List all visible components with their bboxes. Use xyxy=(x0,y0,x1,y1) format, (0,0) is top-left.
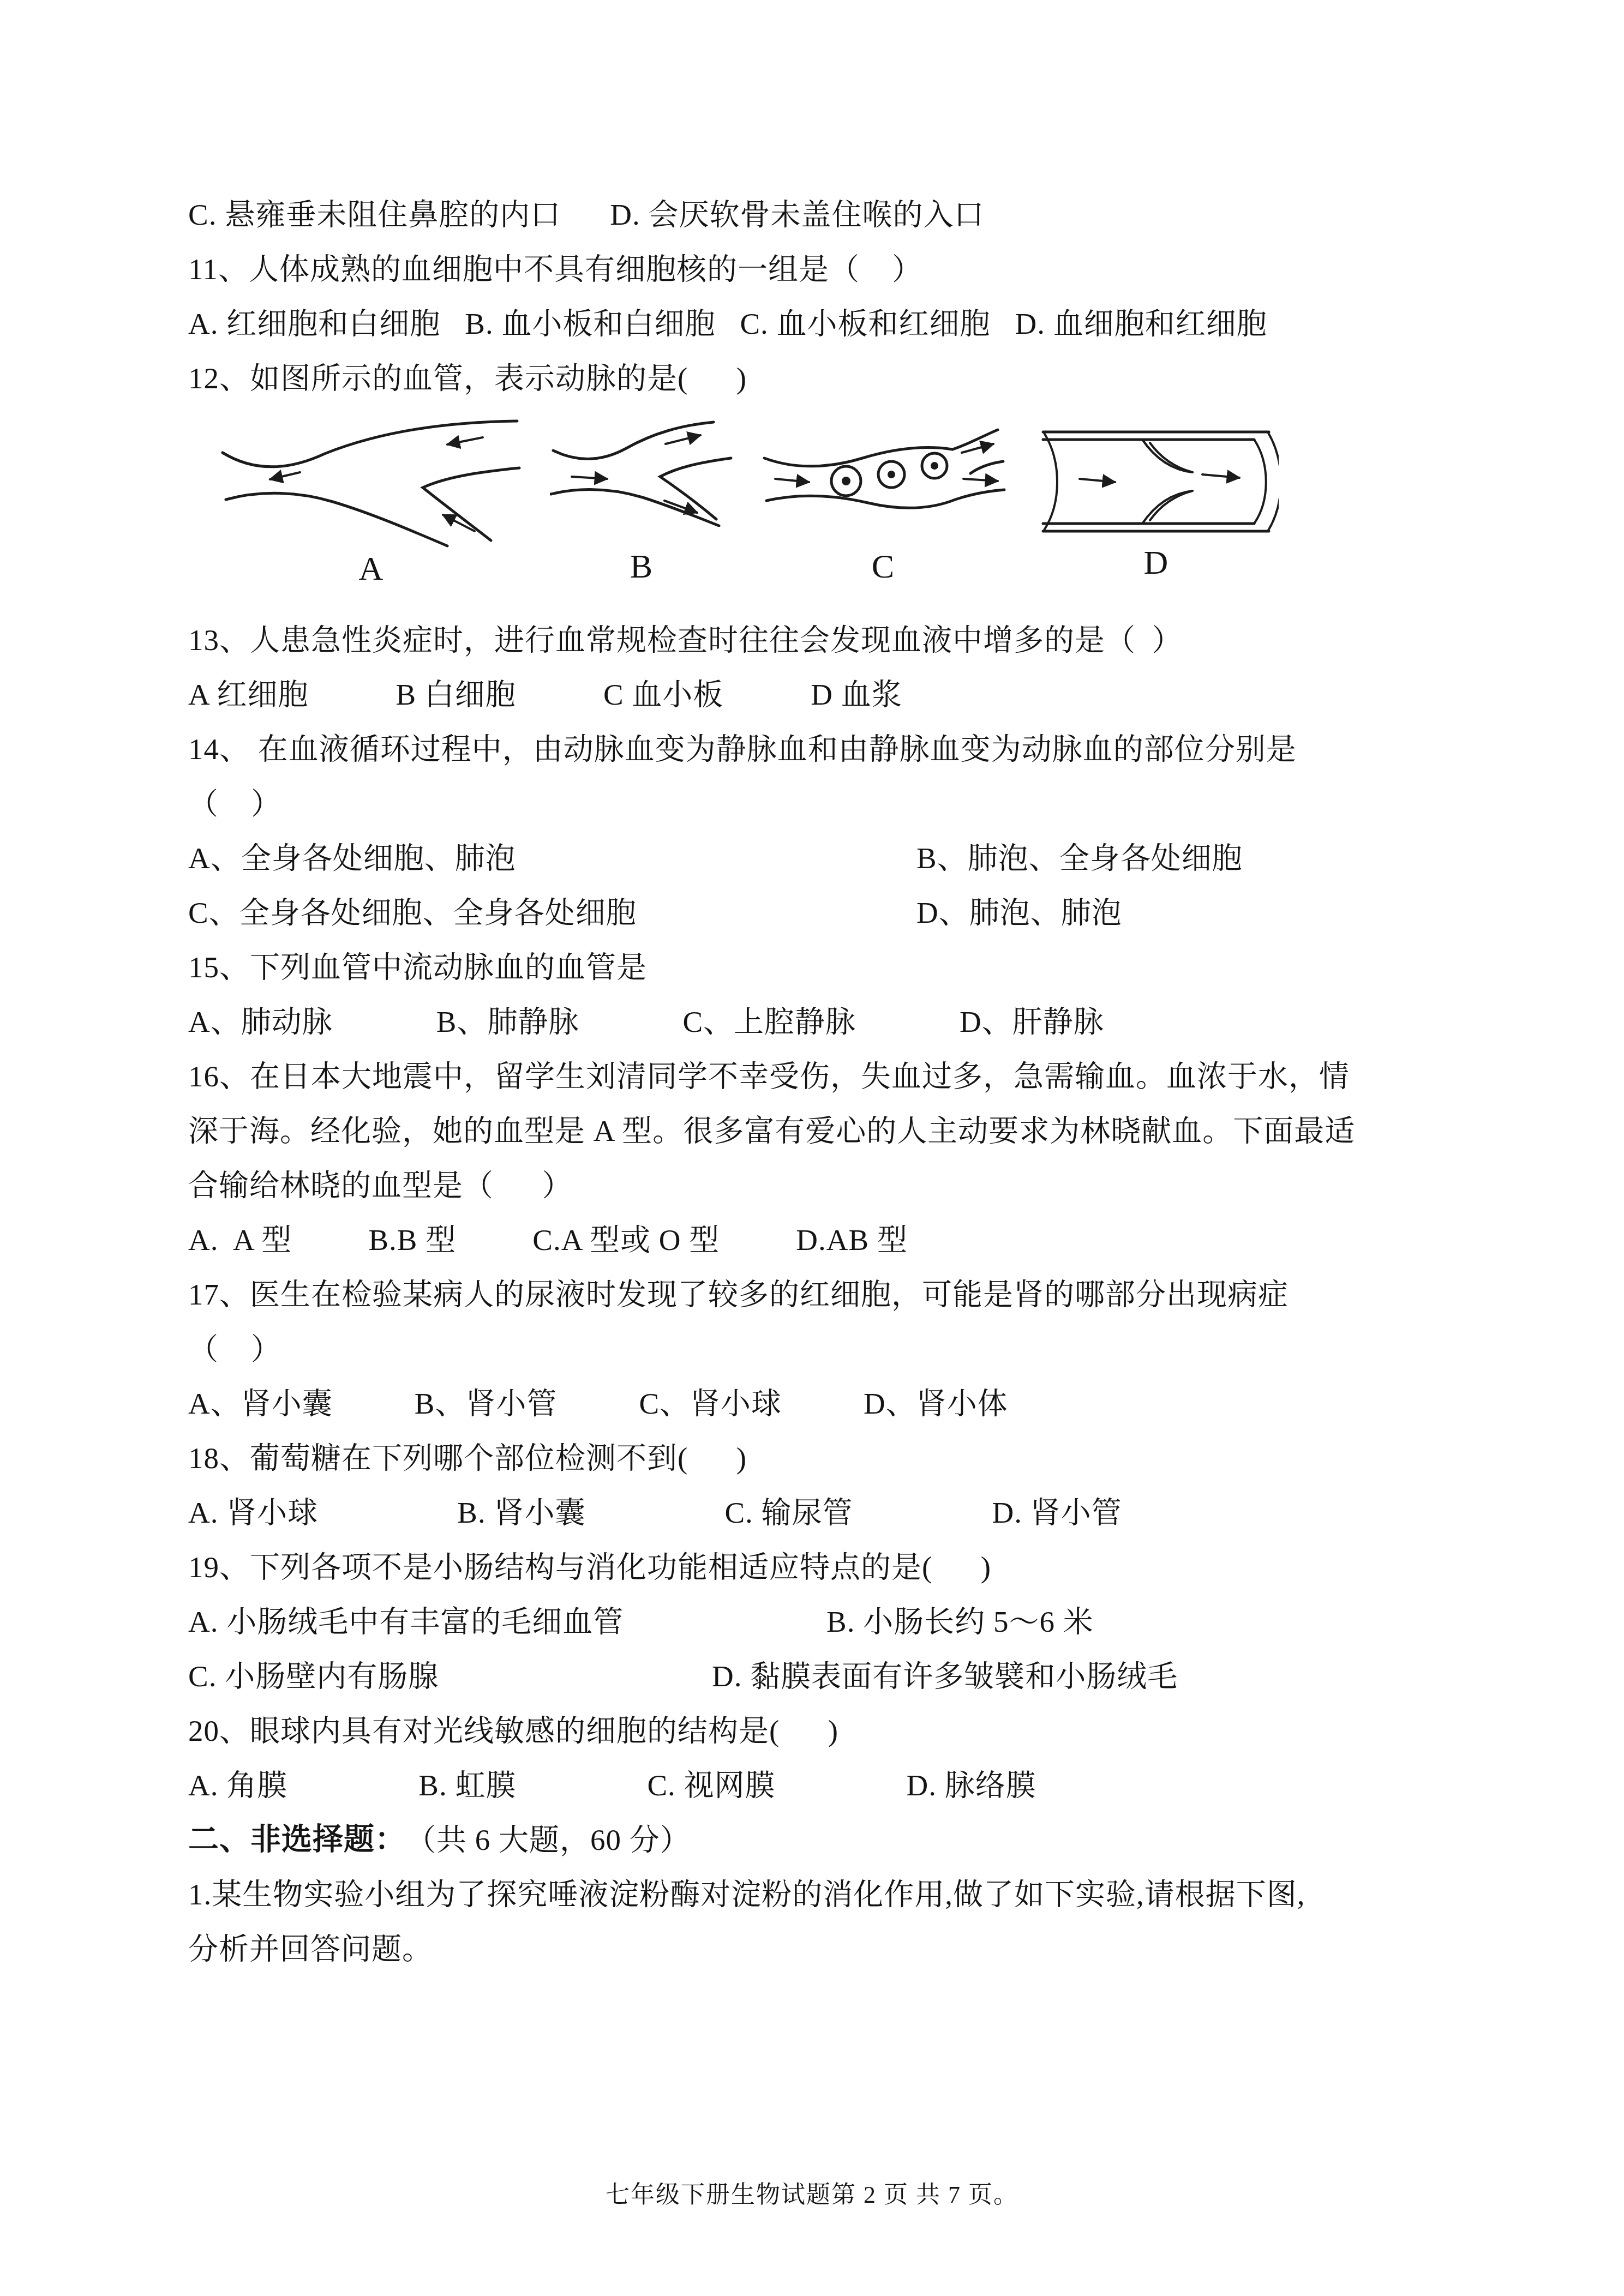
q14-option-c: C、全身各处细胞、全身各处细胞 xyxy=(188,888,916,931)
q15-stem: 15、下列血管中流动脉血的血管是 xyxy=(188,937,1454,991)
q16-option-b: B.B 型 xyxy=(368,1216,456,1259)
q11-option-b: B. 血小板和白细胞 xyxy=(465,299,715,342)
q20-option-b: B. 虹膜 xyxy=(418,1761,516,1804)
q16-option-a: A. A 型 xyxy=(188,1216,292,1259)
q14-option-b: B、肺泡、全身各处细胞 xyxy=(916,834,1243,877)
q16-option-d: D.AB 型 xyxy=(796,1216,908,1259)
q18-option-d: D. 肾小管 xyxy=(992,1488,1122,1531)
q14-option-d: D、肺泡、肺泡 xyxy=(916,888,1122,931)
q20-option-a: A. 角膜 xyxy=(188,1761,287,1804)
vessel-diagram-d: D xyxy=(1033,418,1279,582)
q19-options-row1: A. 小肠绒毛中有丰富的毛细血管 B. 小肠长约 5～6 米 xyxy=(188,1591,1454,1646)
q16-options-row: A. A 型 B.B 型 C.A 型或 O 型 D.AB 型 xyxy=(188,1210,1454,1264)
q15-option-c: C、上腔静脉 xyxy=(682,997,856,1041)
q19-options-row2: C. 小肠壁内有肠腺 D. 黏膜表面有许多皱襞和小肠绒毛 xyxy=(188,1646,1454,1700)
q13-option-d: D 血浆 xyxy=(811,670,902,713)
q13-option-c: C 血小板 xyxy=(603,670,723,713)
vein-with-valve-icon xyxy=(1033,418,1279,551)
q11-option-a: A. 红细胞和白细胞 xyxy=(188,299,440,342)
q18-stem: 18、葡萄糖在下列哪个部位检测不到( ) xyxy=(188,1428,1454,1482)
artery-branching-icon xyxy=(550,418,733,527)
q17-option-d: D、肾小体 xyxy=(864,1379,1008,1422)
q20-stem: 20、眼球内具有对光线敏感的细胞的结构是( ) xyxy=(188,1700,1454,1755)
q15-option-a: A、肺动脉 xyxy=(188,997,333,1041)
q16-option-c: C.A 型或 O 型 xyxy=(532,1216,720,1259)
q16-stem-line2: 深于海。经化验，她的血型是 A 型。很多富有爱心的人主动要求为林晓献血。下面最适 xyxy=(188,1101,1454,1155)
figure-label-a: A xyxy=(359,550,383,588)
q18-option-a: A. 肾小球 xyxy=(188,1488,318,1531)
q17-option-b: B、肾小管 xyxy=(415,1379,558,1422)
q14-stem-line1: 14、 在血液循环过程中，由动脉血变为静脉血和由静脉血变为动脉血的部位分别是 xyxy=(188,719,1454,773)
page-footer: 七年级下册生物试题第 2 页 共 7 页。 xyxy=(0,2175,1624,2210)
section2-heading-title: 二、非选择题： xyxy=(188,1815,406,1859)
q17-stem-line2: （ ） xyxy=(188,1319,1454,1373)
nq1-line2: 分析并回答问题。 xyxy=(188,1919,1454,1973)
q19-option-b: B. 小肠长约 5～6 米 xyxy=(826,1597,1094,1640)
q20-options-row: A. 角膜 B. 虹膜 C. 视网膜 D. 脉络膜 xyxy=(188,1755,1454,1810)
nq1-line1: 1.某生物实验小组为了探究唾液淀粉酶对淀粉的消化作用,做了如下实验,请根据下图, xyxy=(188,1864,1454,1919)
q20-option-c: C. 视网膜 xyxy=(647,1761,775,1804)
q13-option-a: A 红细胞 xyxy=(188,670,308,713)
q14-option-a: A、全身各处细胞、肺泡 xyxy=(188,834,916,877)
figure-label-c: C xyxy=(872,548,894,586)
q15-options-row: A、肺动脉 B、肺静脉 C、上腔静脉 D、肝静脉 xyxy=(188,991,1454,1046)
q14-options-row2: C、全身各处细胞、全身各处细胞 D、肺泡、肺泡 xyxy=(188,882,1454,937)
section2-heading: 二、非选择题：（共 6 大题，60 分） xyxy=(188,1810,1454,1864)
q20-option-d: D. 脉络膜 xyxy=(907,1761,1036,1804)
q10-option-d: D. 会厌软骨未盖住喉的入口 xyxy=(610,190,984,233)
exam-paper-page: C. 悬雍垂未阻住鼻腔的内口 D. 会厌软骨未盖住喉的入口 11、人体成熟的血细… xyxy=(0,0,1624,2296)
q19-option-c: C. 小肠壁内有肠腺 xyxy=(188,1652,712,1695)
q18-option-b: B. 肾小囊 xyxy=(457,1488,585,1531)
q11-options-row: A. 红细胞和白细胞 B. 血小板和白细胞 C. 血小板和红细胞 D. 血细胞和… xyxy=(188,293,1454,348)
q17-options-row: A、肾小囊 B、肾小管 C、肾小球 D、肾小体 xyxy=(188,1373,1454,1428)
vessel-diagram-c: C xyxy=(759,418,1007,586)
q11-stem: 11、人体成熟的血细胞中不具有细胞核的一组是（ ） xyxy=(188,239,1454,293)
q16-stem-line3: 合输给林晓的血型是（ ） xyxy=(188,1155,1454,1210)
q10-tail-options-row: C. 悬雍垂未阻住鼻腔的内口 D. 会厌软骨未盖住喉的入口 xyxy=(188,184,1454,239)
q12-figure: A B xyxy=(188,402,1454,610)
q17-option-a: A、肾小囊 xyxy=(188,1379,333,1422)
q19-stem: 19、下列各项不是小肠结构与消化功能相适应特点的是( ) xyxy=(188,1537,1454,1591)
q11-option-c: C. 血小板和红细胞 xyxy=(740,299,990,342)
q19-option-d: D. 黏膜表面有许多皱襞和小肠绒毛 xyxy=(712,1652,1178,1695)
figure-label-b: B xyxy=(630,548,652,586)
q16-stem-line1: 16、在日本大地震中，留学生刘清同学不幸受伤，失血过多，急需输血。血浓于水，情 xyxy=(188,1046,1454,1101)
capillary-cells-icon xyxy=(759,418,1007,537)
q12-stem: 12、如图所示的血管，表示动脉的是( ) xyxy=(188,348,1454,402)
q17-option-c: C、肾小球 xyxy=(639,1379,782,1422)
q19-option-a: A. 小肠绒毛中有丰富的毛细血管 xyxy=(188,1597,826,1640)
vessel-diagram-b: B xyxy=(550,418,733,586)
q18-option-c: C. 输尿管 xyxy=(724,1488,853,1531)
q13-option-b: B 白细胞 xyxy=(395,670,516,713)
q18-options-row: A. 肾小球 B. 肾小囊 C. 输尿管 D. 肾小管 xyxy=(188,1482,1454,1537)
q14-options-row1: A、全身各处细胞、肺泡 B、肺泡、全身各处细胞 xyxy=(188,828,1454,882)
vein-converging-icon xyxy=(218,418,524,549)
section2-heading-note: （共 6 大题，60 分） xyxy=(406,1816,691,1859)
q15-option-d: D、肝静脉 xyxy=(960,997,1104,1041)
figure-label-d: D xyxy=(1144,544,1168,582)
vessel-diagram-a: A xyxy=(218,418,524,588)
q14-stem-line2: （ ） xyxy=(188,773,1454,828)
q13-options-row: A 红细胞 B 白细胞 C 血小板 D 血浆 xyxy=(188,664,1454,719)
q15-option-b: B、肺静脉 xyxy=(436,997,579,1041)
q13-stem: 13、人患急性炎症时，进行血常规检查时往往会发现血液中增多的是（ ） xyxy=(188,610,1454,664)
q11-option-d: D. 血细胞和红细胞 xyxy=(1015,299,1267,342)
exam-body: C. 悬雍垂未阻住鼻腔的内口 D. 会厌软骨未盖住喉的入口 11、人体成熟的血细… xyxy=(188,184,1454,1973)
q17-stem-line1: 17、医生在检验某病人的尿液时发现了较多的红细胞，可能是肾的哪部分出现病症 xyxy=(188,1264,1454,1319)
q10-option-c: C. 悬雍垂未阻住鼻腔的内口 xyxy=(188,190,561,233)
